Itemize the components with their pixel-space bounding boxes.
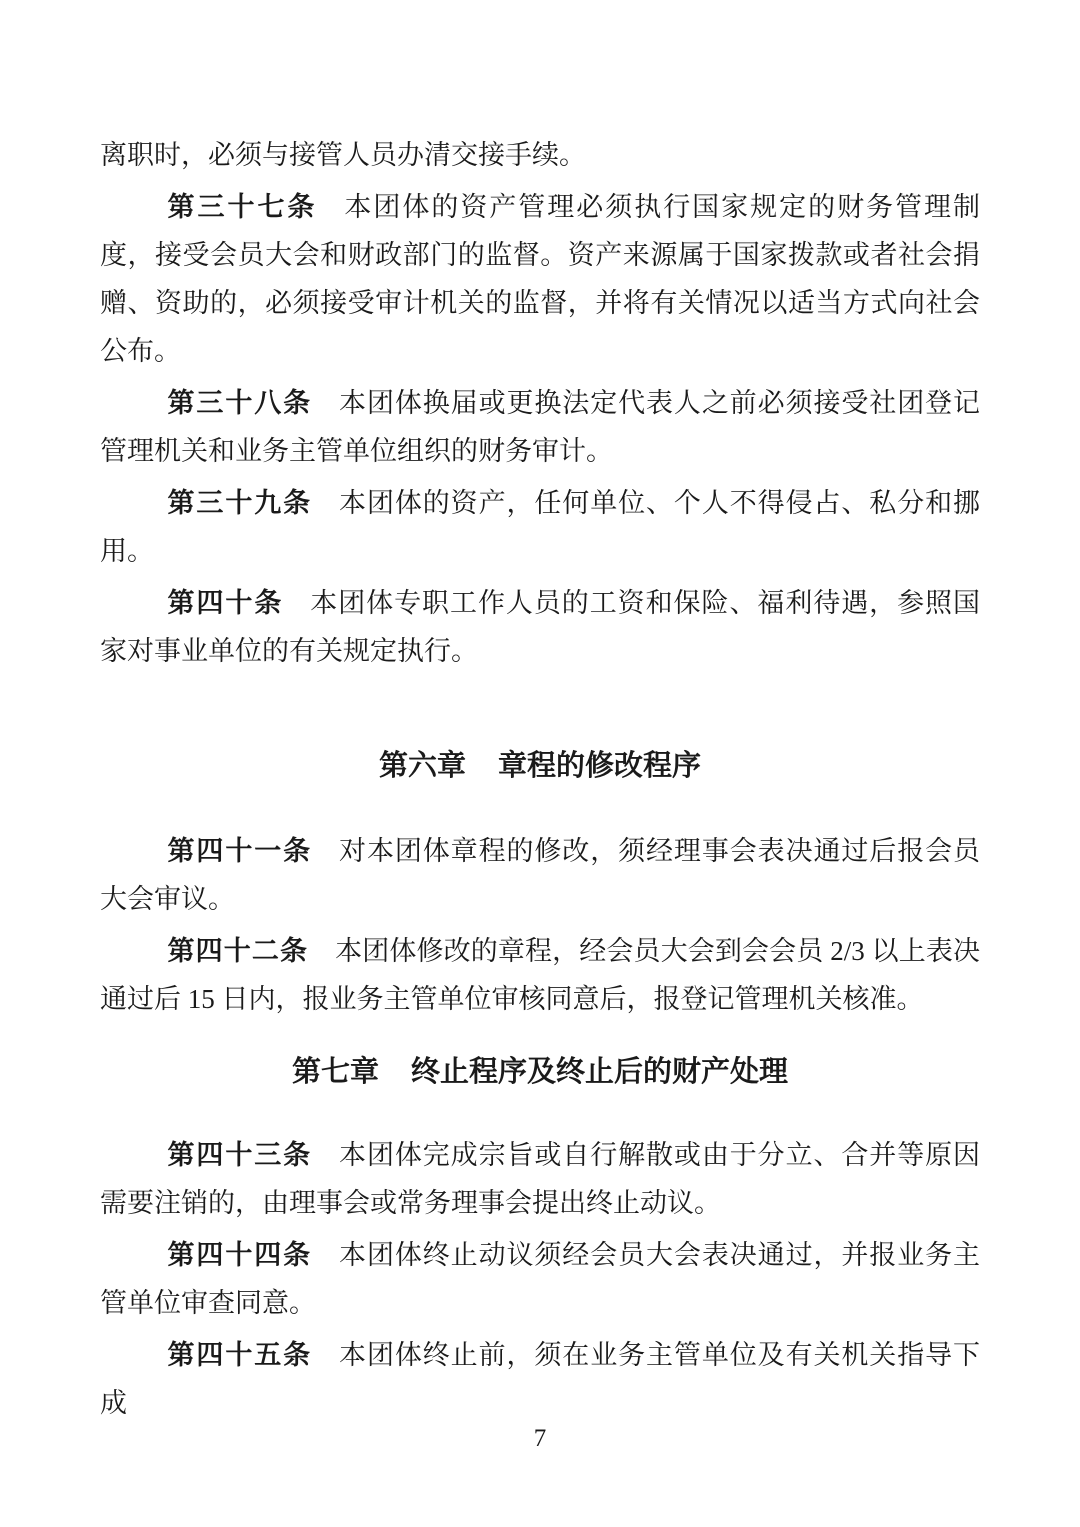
article-44-paragraph: 第四十四条本团体终止动议须经会员大会表决通过，并报业务主管单位审查同意。 [100, 1231, 980, 1327]
article-38-label: 第三十八条 [168, 388, 313, 418]
article-44-label: 第四十四条 [168, 1240, 313, 1270]
article-40-label: 第四十条 [168, 588, 284, 618]
page-number: 7 [0, 1424, 1080, 1454]
document-content: 离职时，必须与接管人员办清交接手续。 第三十七条本团体的资产管理必须执行国家规定… [100, 131, 980, 1431]
article-41-paragraph: 第四十一条对本团体章程的修改，须经理事会表决通过后报会员大会审议。 [100, 827, 980, 923]
chapter-7-number: 第七章 [292, 1056, 379, 1088]
article-45-label: 第四十五条 [168, 1340, 313, 1370]
article-42-paragraph: 第四十二条本团体修改的章程，经会员大会到会会员 2/3 以上表决通过后 15 日… [100, 927, 980, 1023]
continuation-paragraph: 离职时，必须与接管人员办清交接手续。 [100, 131, 980, 179]
article-43-label: 第四十三条 [168, 1140, 313, 1170]
chapter-6-heading: 第六章章程的修改程序 [100, 745, 980, 787]
article-40-paragraph: 第四十条本团体专职工作人员的工资和保险、福利待遇，参照国家对事业单位的有关规定执… [100, 579, 980, 675]
article-41-label: 第四十一条 [168, 836, 313, 866]
article-39-paragraph: 第三十九条本团体的资产，任何单位、个人不得侵占、私分和挪用。 [100, 479, 980, 575]
article-39-label: 第三十九条 [168, 488, 313, 518]
article-38-paragraph: 第三十八条本团体换届或更换法定代表人之前必须接受社团登记管理机关和业务主管单位组… [100, 379, 980, 475]
document-page: 离职时，必须与接管人员办清交接手续。 第三十七条本团体的资产管理必须执行国家规定… [0, 0, 1080, 1527]
chapter-7-title: 终止程序及终止后的财产处理 [411, 1056, 788, 1088]
chapter-6-number: 第六章 [379, 750, 466, 782]
article-43-paragraph: 第四十三条本团体完成宗旨或自行解散或由于分立、合并等原因需要注销的，由理事会或常… [100, 1131, 980, 1227]
article-37-label: 第三十七条 [168, 192, 318, 222]
article-37-paragraph: 第三十七条本团体的资产管理必须执行国家规定的财务管理制度，接受会员大会和财政部门… [100, 183, 980, 375]
article-45-paragraph: 第四十五条本团体终止前，须在业务主管单位及有关机关指导下成 [100, 1331, 980, 1427]
continuation-text: 离职时，必须与接管人员办清交接手续。 [100, 140, 586, 170]
chapter-6-title: 章程的修改程序 [498, 750, 701, 782]
article-42-label: 第四十二条 [168, 936, 309, 966]
chapter-7-heading: 第七章终止程序及终止后的财产处理 [100, 1051, 980, 1093]
